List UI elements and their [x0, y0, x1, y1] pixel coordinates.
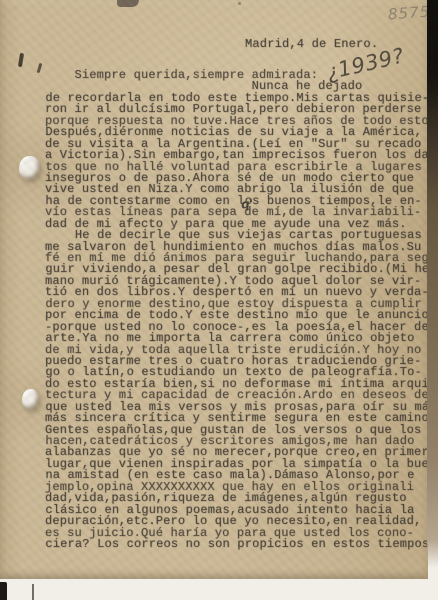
- scan-edge-dark: [427, 0, 438, 568]
- paper-speck: [238, 2, 241, 5]
- letter-line: de recordarla en todo este tiempo.Mis ca…: [45, 93, 435, 104]
- bottom-stub-line: [32, 584, 34, 600]
- letter-line: jemplo,opina XXXXXXXXXX que hay en ellos…: [45, 482, 435, 493]
- letter-line: clásico en algunos poemas,acusado intent…: [45, 505, 435, 516]
- letter-line: hacen,catedráticos y escritores amigos,m…: [45, 436, 435, 447]
- inserted-word-annotation: q': [240, 196, 254, 211]
- letter-line: go o latín,o estudiando un texto de pale…: [45, 367, 435, 378]
- letter-line: ciera? Los correos no son propicios en e…: [45, 539, 435, 550]
- punch-hole-top: [19, 156, 40, 180]
- bottom-corner-mark: [0, 582, 7, 600]
- archive-number-annotation: 8575: [387, 3, 430, 24]
- letter-line: vío estas líneas para sepa de mí,de la i…: [45, 207, 435, 218]
- letter-paper: Madrid,4 de Enero. Siempre querida,siemp…: [0, 0, 428, 579]
- ink-blotch: [117, 0, 139, 7]
- letter-line: Después,diéronme noticias de su viaje a …: [45, 127, 435, 138]
- letter-line: que usted lea mis versos y mis prosas,pa…: [45, 402, 435, 413]
- punch-hole-bottom: [22, 389, 39, 410]
- dateline: Madrid,4 de Enero.: [245, 37, 378, 51]
- letter-body: Siempre querida,siempre admirada: Nunca …: [45, 70, 435, 550]
- letter-line: de mi vida,y toda aquella triste erudici…: [45, 345, 435, 356]
- letter-line: He de decirle que sus viejas cartas port…: [45, 230, 435, 241]
- letter-line: tos que no hallé voluntad para escribirl…: [45, 162, 435, 173]
- pen-mark: [37, 63, 43, 73]
- letter-line: dero y enorme destino,que estoy dispuest…: [45, 299, 435, 310]
- pen-mark: [18, 53, 24, 67]
- scanned-letter-scene: Madrid,4 de Enero. Siempre querida,siemp…: [0, 0, 438, 600]
- letter-line: guir viviendo,a pesar del gran golpe rec…: [45, 264, 435, 275]
